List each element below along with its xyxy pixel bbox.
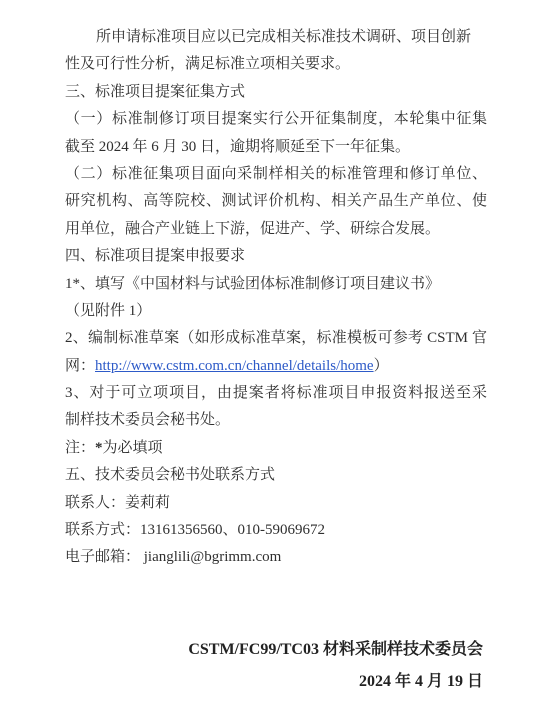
doc-line: 用单位，融合产业链上下游，促进产、学、研综合发展。 bbox=[65, 216, 487, 243]
requirement-item-1: 1*、填写《中国材料与试验团体标准制修订项目建议书》 bbox=[65, 271, 487, 298]
requirement-item-2: 2、编制标准草案（如形成标准草案，标准模板可参考 CSTM 官 bbox=[65, 325, 487, 352]
requirement-item-3: 3、对于可立项项目，由提案者将标准项目申报资料报送至采 bbox=[65, 380, 487, 407]
contact-phone-line: 联系方式：13161356560、010-59069672 bbox=[65, 517, 487, 544]
contact-email-line: 电子邮箱： jianglili@bgrimm.com bbox=[65, 544, 487, 571]
section-heading-4: 四、标准项目提案申报要求 bbox=[65, 243, 487, 270]
contact-person-line: 联系人：姜莉莉 bbox=[65, 490, 487, 517]
attachment-note: （见附件 1） bbox=[65, 298, 487, 325]
doc-line: 所申请标准项目应以已完成相关标准技术调研、项目创新 bbox=[65, 24, 487, 51]
document-page: 所申请标准项目应以已完成相关标准技术调研、项目创新 性及可行性分析，满足标准立项… bbox=[0, 0, 549, 719]
doc-line: （二）标准征集项目面向采制样相关的标准管理和修订单位、 bbox=[65, 161, 487, 188]
doc-line: 性及可行性分析，满足标准立项相关要求。 bbox=[65, 51, 487, 78]
required-asterisk: * bbox=[95, 440, 103, 456]
note-line: 注：*为必填项 bbox=[65, 435, 487, 462]
committee-signature: CSTM/FC99/TC03 材料采制样技术委员会 bbox=[0, 634, 483, 666]
note-prefix: 注： bbox=[65, 440, 95, 456]
doc-line: 截至 2024 年 6 月 30 日，逾期将顺延至下一年征集。 bbox=[65, 134, 487, 161]
doc-line: （一）标准制修订项目提案实行公开征集制度，本轮集中征集 bbox=[65, 106, 487, 133]
link-line-suffix: ） bbox=[374, 358, 389, 374]
section-heading-3: 三、标准项目提案征集方式 bbox=[65, 79, 487, 106]
note-suffix: 为必填项 bbox=[103, 440, 163, 456]
cstm-url-link[interactable]: http://www.cstm.com.cn/channel/details/h… bbox=[95, 358, 374, 374]
doc-line: 研究机构、高等院校、测试评价机构、相关产品生产单位、使 bbox=[65, 188, 487, 215]
document-body: 所申请标准项目应以已完成相关标准技术调研、项目创新 性及可行性分析，满足标准立项… bbox=[0, 0, 549, 572]
section-heading-5: 五、技术委员会秘书处联系方式 bbox=[65, 462, 487, 489]
signature-date: 2024 年 4 月 19 日 bbox=[0, 666, 483, 698]
link-line: 网：http://www.cstm.com.cn/channel/details… bbox=[65, 353, 487, 380]
link-line-prefix: 网： bbox=[65, 358, 95, 374]
doc-line: 制样技术委员会秘书处。 bbox=[65, 407, 487, 434]
document-footer: CSTM/FC99/TC03 材料采制样技术委员会 2024 年 4 月 19 … bbox=[0, 634, 549, 698]
